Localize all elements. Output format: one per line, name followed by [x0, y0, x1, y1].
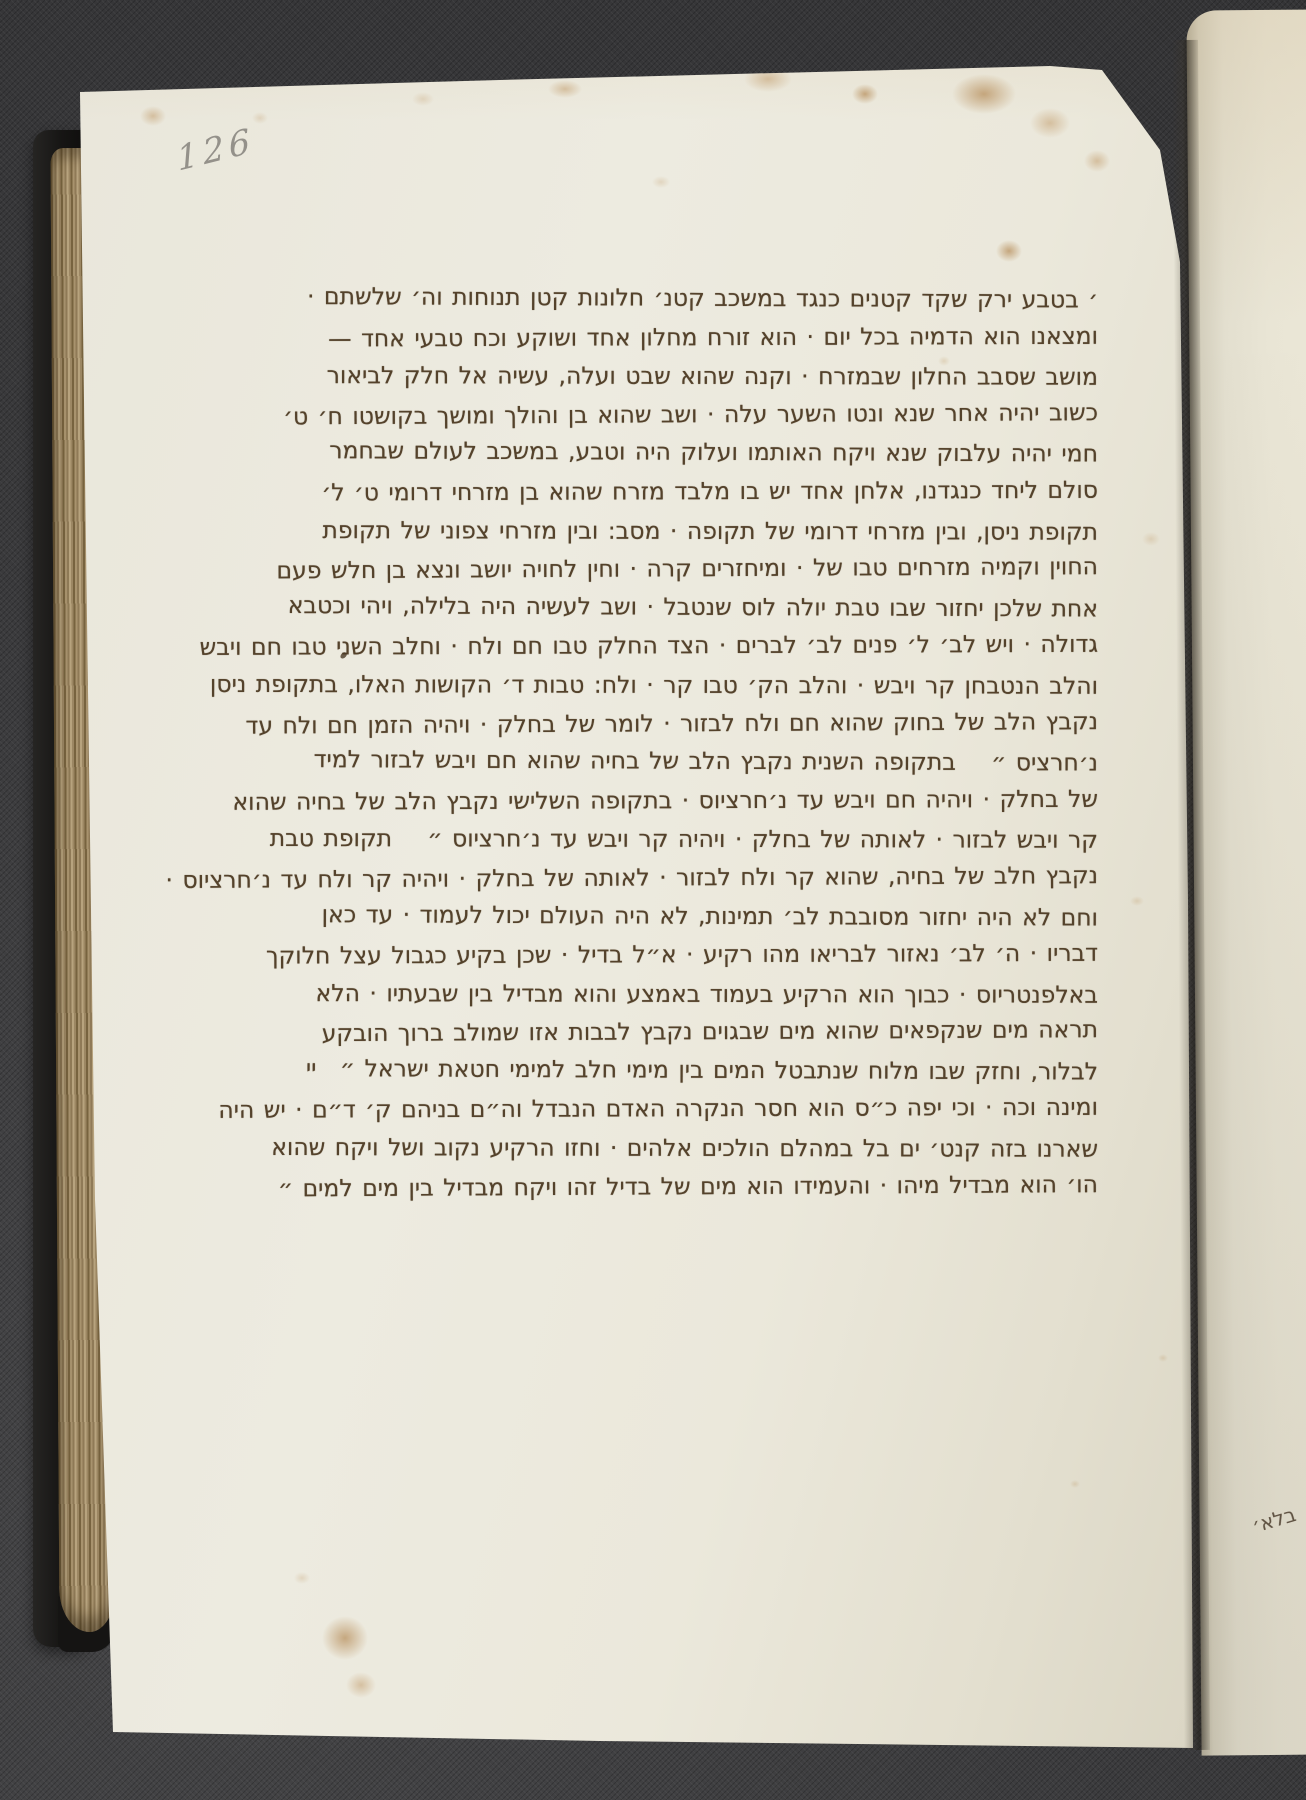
- facing-page-catchword: בלא׳: [1249, 1502, 1299, 1538]
- corner-stain: [322, 1616, 368, 1660]
- manuscript-text-line: כשוב יהיה אחר שנא ונטו השער עלה · ושב שה…: [386, 393, 1098, 435]
- manuscript-text-line: תקופת ניסן, ובין מזרחי דרומי של תקופה · …: [386, 511, 1098, 551]
- manuscript-text-line: שארנו בזה קנט׳ ים בל במהלם הולכים אלהים …: [386, 1128, 1098, 1168]
- foxing-spot: [952, 74, 1016, 114]
- manuscript-text-line: גדולה · ויש לב׳ ל׳ פנים לב׳ לברים · הצד …: [386, 625, 1098, 666]
- manuscript-text-line: דבריו · ה׳ לב׳ נאזור לבריאו מהו רקיע · א…: [386, 934, 1098, 975]
- manuscript-text-line: החוין וקמיה מזרחים טבו של · ומיחזרים קרה…: [386, 547, 1098, 589]
- manuscript-text-line: מושב שסבב החלון שבמזרח · וקנה שהוא שבט ו…: [386, 356, 1098, 396]
- foxing-spot: [412, 92, 434, 106]
- manuscript-page: 126 ׳ בטבע ירק שקד קטנים כנגד במשכב קטנ׳…: [0, 0, 1306, 1800]
- foxing-spot: [852, 84, 878, 104]
- foxing-spot: [996, 240, 1022, 262]
- manuscript-text-line: לבלור, וחזק שבו מלוח שנתבטל המים בין מימ…: [386, 1049, 1098, 1091]
- manuscript-text-line: וחם לא היה יחזור מסובבת לב׳ תמינות, לא ה…: [386, 895, 1098, 937]
- corner-stain: [346, 1672, 376, 1698]
- manuscript-photo: ירוקי · יוקנ׳ ורקיים רוטנוצג׳ וכנפה, מעל…: [0, 0, 1306, 1800]
- foxing-spot: [1158, 1354, 1168, 1362]
- manuscript-text-line: ׳ בטבע ירק שקד קטנים כנגד במשכב קטנ׳ חלו…: [386, 277, 1098, 319]
- manuscript-text-line: תראה מים שנקפאים שהוא מים שבגוים נקבץ לב…: [386, 1010, 1098, 1052]
- manuscript-text-line: באלפנטריוס · כבוך הוא הרקיע בעמוד באמצע …: [386, 974, 1098, 1014]
- manuscript-text-line: סולם ליחד כנגדנו, אלחן אחד יש בו מלבד מז…: [386, 471, 1098, 512]
- manuscript-text-line: חמי יהיה עלבוק שנא ויקח האותמו ועלוק היה…: [386, 432, 1098, 474]
- foxing-spot: [140, 106, 166, 126]
- manuscript-text-line: של בחלק · ויהיה חם ויבש עד נ׳חרציוס · בת…: [386, 779, 1098, 820]
- manuscript-text-line: אחת שלכן יחזור שבו טבת יולה לוס שנטבל · …: [386, 586, 1098, 628]
- foxing-spot: [1030, 108, 1070, 138]
- manuscript-text-line: ומצאנו הוא הדמיה בכל יום · הוא זורח מחלו…: [386, 316, 1098, 357]
- manuscript-text-line: נקבץ הלב של בחוק שהוא חם ולח לבזור · לומ…: [386, 702, 1098, 744]
- foxing-spot: [1084, 150, 1110, 172]
- foxing-spot: [1142, 532, 1160, 546]
- foxing-spot: [652, 176, 670, 188]
- foxing-spot: [294, 1572, 310, 1584]
- manuscript-text-line: נ׳חרציס ״ בתקופה השנית נקבץ הלב של בחיה …: [386, 741, 1098, 783]
- manuscript-text-line: נקבץ חלב של בחיה, שהוא קר ולח לבזור · לא…: [386, 856, 1098, 898]
- foxing-spot: [744, 66, 792, 92]
- manuscript-text-line: הו׳ הוא מבדיל מיהו · והעמידו הוא מים של …: [386, 1165, 1098, 1207]
- foxing-spot: [548, 80, 582, 98]
- foxing-spot: [938, 356, 950, 366]
- manuscript-text-block: ׳ בטבע ירק שקד קטנים כנגד במשכב קטנ׳ חלו…: [386, 279, 1098, 1205]
- foxing-spot: [1070, 1480, 1080, 1488]
- folio-number-pencil: 126: [175, 120, 257, 180]
- foxing-spot: [1130, 896, 1144, 906]
- manuscript-text-line: והלב הנטבחן קר ויבש · והלב הק׳ טבו קר · …: [386, 665, 1098, 705]
- foxing-spot: [252, 112, 268, 124]
- manuscript-text-line: ומינה וכה · וכי יפה כ״ס הוא חסר הנקרה הא…: [386, 1088, 1098, 1129]
- manuscript-text-line: קר ויבש לבזור · לאותה של בחלק · ויהיה קר…: [386, 820, 1098, 860]
